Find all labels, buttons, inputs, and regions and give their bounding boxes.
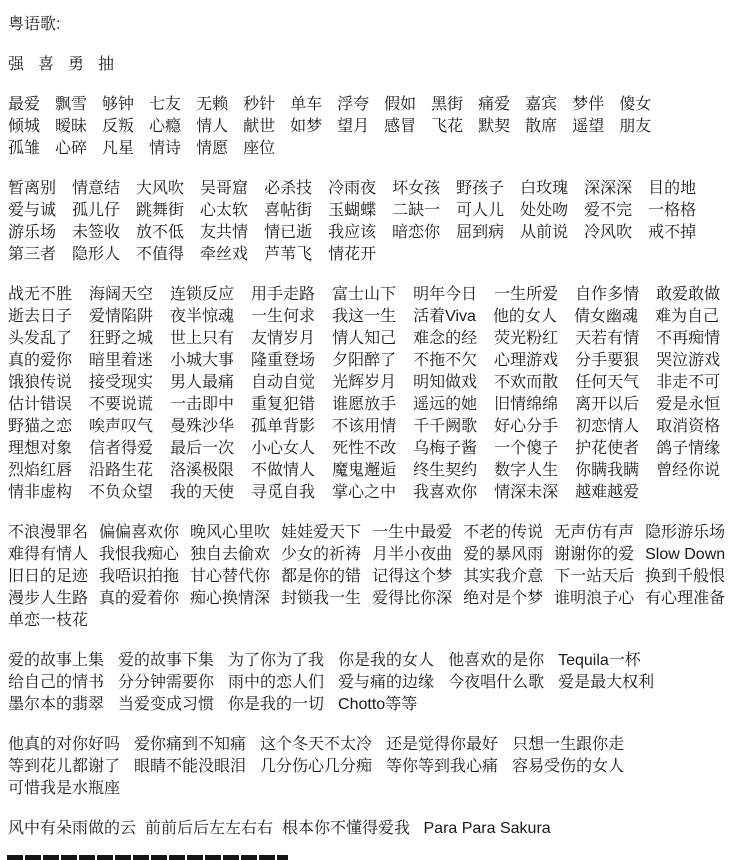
song-title: 爱你痛到不知痛: [134, 734, 246, 756]
song-title: 头发乱了: [8, 328, 72, 350]
song-group-four-char: 战无不胜海阔天空连锁反应用手走路富士山下明年今日一生所爱自作多情敢爱敢做逝去日子…: [8, 284, 735, 504]
song-line: 强喜勇抽: [8, 54, 735, 76]
song-title: 白玫瑰: [520, 178, 568, 200]
song-title: 他喜欢的是你: [448, 650, 544, 672]
song-title: 如梦: [290, 116, 322, 138]
song-title: 座位: [243, 138, 275, 160]
song-title: 喜: [38, 54, 54, 76]
song-line: 漫步人生路真的爱着你痴心换情深封锁我一生爱得比你深绝对是个梦谁明浪子心有心理准备: [8, 588, 735, 610]
song-title: 给自己的情书: [8, 672, 104, 694]
song-line: 等到花儿都谢了眼睛不能没眼泪几分伤心几分痴等你等到我心痛容易受伤的女人: [8, 756, 735, 778]
song-title: 情愿: [196, 138, 228, 160]
song-title: 月半小夜曲: [372, 544, 452, 566]
song-title: 理想对象: [8, 438, 72, 460]
song-title: 魔鬼邂逅: [332, 460, 396, 482]
song-title: 烈焰红唇: [8, 460, 72, 482]
song-title: 等你等到我心痛: [386, 756, 498, 778]
song-title: 爱与痛的边缘: [338, 672, 434, 694]
song-title: 心理游戏: [494, 350, 558, 372]
song-line: 给自己的情书分分钟需要你雨中的恋人们爱与痛的边缘今夜唱什么歌爱是最大权利: [8, 672, 735, 694]
song-title: 雨中的恋人们: [228, 672, 324, 694]
song-title: 情深未深: [494, 482, 558, 504]
song-line: 游乐场未签收放不低友共情情已逝我应该暗恋你屈到病从前说冷风吹戒不掉: [8, 222, 735, 244]
song-title: 友情岁月: [251, 328, 315, 350]
song-title: 难得有情人: [8, 544, 88, 566]
document-body: 粤语歌: 强喜勇抽最爱飘雪够钟七友无赖秒针单车浮夸假如黑街痛爱嘉宾梦伴傻女倾城暧…: [0, 0, 735, 840]
song-title: 活着Viva: [413, 306, 476, 328]
song-title: 爱的故事上集: [8, 650, 104, 672]
song-title: 容易受伤的女人: [512, 756, 624, 778]
song-title: 鸽子情缘: [656, 438, 720, 460]
song-group-five-char: 不浪漫罪名偏偏喜欢你晚风心里吹娃娃爱天下一生中最爱不老的传说无声仿有声隐形游乐场…: [8, 522, 735, 632]
song-title: 我喜欢你: [413, 482, 477, 504]
song-title: 墨尔本的翡翠: [8, 694, 104, 716]
song-title: 飞花: [431, 116, 463, 138]
song-title: 一个傻子: [494, 438, 558, 460]
song-title: 吴哥窟: [200, 178, 248, 200]
song-title: 饿狼传说: [8, 372, 72, 394]
song-title: 初恋情人: [575, 416, 639, 438]
song-title: 旧情绵绵: [494, 394, 558, 416]
song-title: 哭泣游戏: [656, 350, 720, 372]
song-title: 跳舞街: [136, 200, 184, 222]
song-title: 飘雪: [55, 94, 87, 116]
song-title: 当爱变成习惯: [118, 694, 214, 716]
song-title: 明年今日: [413, 284, 477, 306]
song-group-seven-char: 他真的对你好吗爱你痛到不知痛这个冬天不太冷还是觉得你最好只想一生跟你走等到花儿都…: [8, 734, 735, 800]
song-title: 黑街: [431, 94, 463, 116]
song-title: 一生何求: [251, 306, 315, 328]
song-line: 墨尔本的翡翠当爱变成习惯你是我的一切Chotto等等: [8, 694, 735, 716]
song-title: 隐形游乐场: [645, 522, 725, 544]
song-line: 真的爱你暗里着迷小城大事隆重登场夕阳醉了不拖不欠心理游戏分手要狠哭泣游戏: [8, 350, 735, 372]
song-title: 几分伤心几分痴: [260, 756, 372, 778]
song-group-six-char: 爱的故事上集爱的故事下集为了你为了我你是我的女人他喜欢的是你Tequila一杯给…: [8, 650, 735, 716]
song-title: 凡星: [102, 138, 134, 160]
song-title: 倾城: [8, 116, 40, 138]
song-title: 望月: [337, 116, 369, 138]
song-title: 遥望: [572, 116, 604, 138]
song-line: 烈焰红唇沿路生花洛溪极限不做情人魔鬼邂逅终生契约数字人生你瞒我瞒曾经你说: [8, 460, 735, 482]
song-title: 离开以后: [575, 394, 639, 416]
song-line: 可惜我是水瓶座: [8, 778, 735, 800]
song-title: 天若有情: [575, 328, 639, 350]
song-group-three-char: 暂离别情意结大风吹吴哥窟必杀技冷雨夜坏女孩野孩子白玫瑰深深深目的地爱与诚孤儿仔跳…: [8, 178, 735, 266]
song-title: 爱与诚: [8, 200, 56, 222]
song-title: 傻女: [619, 94, 651, 116]
song-title: 我应该: [328, 222, 376, 244]
song-title: 孤雏: [8, 138, 40, 160]
song-title: 不拖不欠: [413, 350, 477, 372]
song-line: 战无不胜海阔天空连锁反应用手走路富士山下明年今日一生所爱自作多情敢爱敢做: [8, 284, 735, 306]
song-title: 可惜我是水瓶座: [8, 778, 120, 800]
song-title: Chotto等等: [338, 694, 417, 716]
song-title: 护花使者: [575, 438, 639, 460]
song-title: 心瘾: [149, 116, 181, 138]
song-title: 暗里着迷: [89, 350, 153, 372]
song-line: 估计错误不要说谎一击即中重复犯错谁愿放手遥远的她旧情绵绵离开以后爱是永恒: [8, 394, 735, 416]
song-line: 风中有朵雨做的云前前后后左左右右根本你不懂得爱我 Para Para Sakur…: [8, 818, 735, 840]
song-group-eight-char: 风中有朵雨做的云前前后后左左右右根本你不懂得爱我 Para Para Sakur…: [8, 818, 735, 840]
song-title: 隐形人: [72, 244, 120, 266]
song-title: 痛爱: [478, 94, 510, 116]
song-title: 晚风心里吹: [190, 522, 270, 544]
song-title: 野猫之恋: [8, 416, 72, 438]
song-title: 冷风吹: [584, 222, 632, 244]
song-title: 曼殊沙华: [170, 416, 234, 438]
song-title: 信者得爱: [89, 438, 153, 460]
song-title: 单车: [290, 94, 322, 116]
song-title: 爱不完: [584, 200, 632, 222]
song-title: 记得这个梦: [372, 566, 452, 588]
song-title: 抽: [98, 54, 114, 76]
song-title: 有心理准备: [645, 588, 725, 610]
song-title: 甘心替代你: [190, 566, 270, 588]
song-title: 必杀技: [264, 178, 312, 200]
song-title: 前前后后左左右右: [145, 818, 273, 840]
song-title: 小城大事: [170, 350, 234, 372]
song-title: 好心分手: [494, 416, 558, 438]
song-title: 牵丝戏: [200, 244, 248, 266]
song-title: 朋友: [619, 116, 651, 138]
document-page: { "page": { "title": "粤语歌:", "colors": {…: [0, 0, 735, 860]
song-title: 从前说: [520, 222, 568, 244]
song-title: 夕阳醉了: [332, 350, 396, 372]
song-title: 暂离别: [8, 178, 56, 200]
song-title: 掌心之中: [332, 482, 396, 504]
song-title: 终生契约: [413, 460, 477, 482]
song-title: 秒针: [243, 94, 275, 116]
song-title: 眼睛不能没眼泪: [134, 756, 246, 778]
song-title: 一格格: [648, 200, 696, 222]
song-title: 一生中最爱: [372, 522, 452, 544]
song-title: 旧日的足迹: [8, 566, 88, 588]
song-title: 爱是永恒: [656, 394, 720, 416]
song-title: 荧光粉红: [494, 328, 558, 350]
song-title: 你是我的一切: [228, 694, 324, 716]
song-title: 狂野之城: [89, 328, 153, 350]
song-title: 接受现实: [89, 372, 153, 394]
song-title: 唉声叹气: [89, 416, 153, 438]
song-title: 漫步人生路: [8, 588, 88, 610]
song-title: 还是觉得你最好: [386, 734, 498, 756]
song-title: 数字人生: [494, 460, 558, 482]
song-line: 暂离别情意结大风吹吴哥窟必杀技冷雨夜坏女孩野孩子白玫瑰深深深目的地: [8, 178, 735, 200]
song-title: 隆重登场: [251, 350, 315, 372]
song-line: 爱的故事上集爱的故事下集为了你为了我你是我的女人他喜欢的是你Tequila一杯: [8, 650, 735, 672]
song-title: 七友: [149, 94, 181, 116]
song-title: 单恋一枝花: [8, 610, 88, 632]
song-title: 只想一生跟你走: [512, 734, 624, 756]
song-title: 勇: [68, 54, 84, 76]
song-title: 沿路生花: [89, 460, 153, 482]
song-title: 梦伴: [572, 94, 604, 116]
song-title: 用手走路: [251, 284, 315, 306]
song-title: 喜帖街: [264, 200, 312, 222]
song-title: 重复犯错: [251, 394, 315, 416]
song-title: 其实我介意: [463, 566, 543, 588]
song-title: 真的爱你: [8, 350, 72, 372]
song-title: 戒不掉: [648, 222, 696, 244]
song-title: 坏女孩: [392, 178, 440, 200]
song-title: 你瞒我瞒: [575, 460, 639, 482]
song-title: 情非虚构: [8, 482, 72, 504]
song-title: 男人最痛: [170, 372, 234, 394]
song-line: 逝去日子爱情陷阱夜半惊魂一生何求我这一生活着Viva他的女人倩女幽魂难为自己: [8, 306, 735, 328]
song-line: 头发乱了狂野之城世上只有友情岁月情人知己难念的经荧光粉红天若有情不再痴情: [8, 328, 735, 350]
song-title: 不欢而散: [494, 372, 558, 394]
song-title: 够钟: [102, 94, 134, 116]
song-line: 最爱飘雪够钟七友无赖秒针单车浮夸假如黑街痛爱嘉宾梦伴傻女: [8, 94, 735, 116]
song-title: 反叛: [102, 116, 134, 138]
song-title: 绝对是个梦: [463, 588, 543, 610]
song-title: 情诗: [149, 138, 181, 160]
song-line: 孤雏心碎凡星情诗情愿座位: [8, 138, 735, 160]
song-title: 估计错误: [8, 394, 72, 416]
song-title: 独自去偷欢: [190, 544, 270, 566]
song-groups: 强喜勇抽最爱飘雪够钟七友无赖秒针单车浮夸假如黑街痛爱嘉宾梦伴傻女倾城暧昧反叛心瘾…: [8, 54, 735, 840]
song-title: 分分钟需要你: [118, 672, 214, 694]
song-title: 最爱: [8, 94, 40, 116]
song-title: 逝去日子: [8, 306, 72, 328]
song-title: 真的爱着你: [99, 588, 179, 610]
song-title: 游乐场: [8, 222, 56, 244]
song-title: 野孩子: [456, 178, 504, 200]
song-title: 一击即中: [170, 394, 234, 416]
song-title: 谁明浪子心: [554, 588, 634, 610]
song-title: 任何天气: [575, 372, 639, 394]
song-title: 爱情陷阱: [89, 306, 153, 328]
song-title: 连锁反应: [170, 284, 234, 306]
song-title: 心碎: [55, 138, 87, 160]
song-title: 强: [8, 54, 24, 76]
song-title: 这个冬天不太冷: [260, 734, 372, 756]
song-title: 千千阙歌: [413, 416, 477, 438]
song-line: 倾城暧昧反叛心瘾情人献世如梦望月感冒飞花默契散席遥望朋友: [8, 116, 735, 138]
song-title: 不负众望: [89, 482, 153, 504]
song-title: 我唔识拍拖: [99, 566, 179, 588]
song-title: 嘉宾: [525, 94, 557, 116]
song-title: 大风吹: [136, 178, 184, 200]
song-title: 假如: [384, 94, 416, 116]
song-title: 我这一生: [332, 306, 396, 328]
cropped-next-line-strip: [7, 855, 288, 860]
song-title: 无声仿有声: [554, 522, 634, 544]
song-title: 暗恋你: [392, 222, 440, 244]
song-title: 根本你不懂得爱我: [282, 818, 410, 840]
song-title: 海阔天空: [89, 284, 153, 306]
song-line: 饿狼传说接受现实男人最痛自动自觉光辉岁月明知做戏不欢而散任何天气非走不可: [8, 372, 735, 394]
song-title: 不做情人: [251, 460, 315, 482]
song-title: 为了你为了我: [228, 650, 324, 672]
song-line: 他真的对你好吗爱你痛到不知痛这个冬天不太冷还是觉得你最好只想一生跟你走: [8, 734, 735, 756]
song-title: 富士山下: [332, 284, 396, 306]
song-title: 情已逝: [264, 222, 312, 244]
song-title: 难念的经: [413, 328, 477, 350]
song-title: 你是我的女人: [338, 650, 434, 672]
song-title: 小心女人: [251, 438, 315, 460]
song-group-two-char: 最爱飘雪够钟七友无赖秒针单车浮夸假如黑街痛爱嘉宾梦伴傻女倾城暧昧反叛心瘾情人献世…: [8, 94, 735, 160]
song-title: 可人儿: [456, 200, 504, 222]
song-title: 他真的对你好吗: [8, 734, 120, 756]
song-title: 情人: [196, 116, 228, 138]
song-title: 不浪漫罪名: [8, 522, 88, 544]
song-title: 不要说谎: [89, 394, 153, 416]
song-line: 爱与诚孤儿仔跳舞街心太软喜帖街玉蝴蝶二缺一可人儿处处吻爱不完一格格: [8, 200, 735, 222]
song-title: 情人知己: [332, 328, 396, 350]
song-title: 屈到病: [456, 222, 504, 244]
song-title: 芦苇飞: [264, 244, 312, 266]
song-title: 爱的暴风雨: [463, 544, 543, 566]
song-title: 不值得: [136, 244, 184, 266]
song-title: 倩女幽魂: [574, 306, 638, 328]
song-title: 孤单背影: [251, 416, 315, 438]
song-title: 感冒: [384, 116, 416, 138]
song-title: 一生所爱: [494, 284, 558, 306]
song-line: 情非虚构不负众望我的天使寻觅自我掌心之中我喜欢你情深未深越难越爱: [8, 482, 735, 504]
song-title: 第三者: [8, 244, 56, 266]
song-title: 娃娃爱天下: [281, 522, 361, 544]
song-title: 他的女人: [493, 306, 557, 328]
song-title: 不该用情: [332, 416, 396, 438]
song-title: 我的天使: [170, 482, 234, 504]
song-title: 放不低: [136, 222, 184, 244]
song-title: 散席: [525, 116, 557, 138]
song-title: 情意结: [72, 178, 120, 200]
song-title: 封锁我一生: [281, 588, 361, 610]
song-title: 夜半惊魂: [170, 306, 234, 328]
song-title: 献世: [243, 116, 275, 138]
song-title: 寻觅自我: [251, 482, 315, 504]
song-title: 偏偏喜欢你: [99, 522, 179, 544]
song-title: 遥远的她: [413, 394, 477, 416]
song-title: Para Para Sakura: [419, 818, 551, 840]
song-title: 爱是最大权利: [558, 672, 654, 694]
song-title: 深深深: [584, 178, 632, 200]
song-title: 等到花儿都谢了: [8, 756, 120, 778]
song-line: 单恋一枝花: [8, 610, 735, 632]
song-title: 二缺一: [392, 200, 440, 222]
song-title: 不再痴情: [656, 328, 720, 350]
song-title: 情花开: [328, 244, 376, 266]
song-title: 乌梅子酱: [413, 438, 477, 460]
song-title: 最后一次: [170, 438, 234, 460]
song-line: 不浪漫罪名偏偏喜欢你晚风心里吹娃娃爱天下一生中最爱不老的传说无声仿有声隐形游乐场: [8, 522, 735, 544]
song-title: 默契: [478, 116, 510, 138]
song-title: 非走不可: [656, 372, 720, 394]
song-title: 未签收: [72, 222, 120, 244]
song-line: 第三者隐形人不值得牵丝戏芦苇飞情花开: [8, 244, 735, 266]
song-title: 敢爱敢做: [656, 284, 720, 306]
song-title: 都是你的错: [281, 566, 361, 588]
song-title: 少女的祈祷: [281, 544, 361, 566]
song-title: 谢谢你的爱: [554, 544, 634, 566]
song-title: 光辉岁月: [332, 372, 396, 394]
song-title: 爱的故事下集: [118, 650, 214, 672]
song-title: 暧昧: [55, 116, 87, 138]
song-title: 世上只有: [170, 328, 234, 350]
song-title: 洛溪极限: [170, 460, 234, 482]
song-title: 曾经你说: [656, 460, 720, 482]
song-title: Tequila一杯: [558, 650, 641, 672]
song-title: 我恨我痴心: [99, 544, 179, 566]
song-title: 浮夸: [337, 94, 369, 116]
song-title: 目的地: [648, 178, 696, 200]
song-title: 自动自觉: [251, 372, 315, 394]
song-title: 风中有朵雨做的云: [8, 818, 136, 840]
song-title: 下一站天后: [554, 566, 634, 588]
song-title: 不老的传说: [463, 522, 543, 544]
song-line: 理想对象信者得爱最后一次小心女人死性不改乌梅子酱一个傻子护花使者鸽子情缘: [8, 438, 735, 460]
song-title: 无赖: [196, 94, 228, 116]
song-title: 自作多情: [575, 284, 639, 306]
song-title: 明知做戏: [413, 372, 477, 394]
song-group-one-char: 强喜勇抽: [8, 54, 735, 76]
song-title: 换到千般恨: [645, 566, 725, 588]
song-title: Slow Down: [645, 544, 725, 566]
song-title: 友共情: [200, 222, 248, 244]
song-title: 越难越爱: [575, 482, 639, 504]
song-line: 旧日的足迹我唔识拍拖甘心替代你都是你的错记得这个梦其实我介意下一站天后换到千般恨: [8, 566, 735, 588]
song-line: 野猫之恋唉声叹气曼殊沙华孤单背影不该用情千千阙歌好心分手初恋情人取消资格: [8, 416, 735, 438]
page-title: 粤语歌:: [8, 14, 735, 36]
song-title: 玉蝴蝶: [328, 200, 376, 222]
song-title: 今夜唱什么歌: [448, 672, 544, 694]
song-title: 孤儿仔: [72, 200, 120, 222]
song-title: 取消资格: [656, 416, 720, 438]
song-title: 战无不胜: [8, 284, 72, 306]
song-title: 冷雨夜: [328, 178, 376, 200]
song-title: 难为自己: [655, 306, 719, 328]
song-title: 处处吻: [520, 200, 568, 222]
song-title: 谁愿放手: [332, 394, 396, 416]
song-title: 分手要狠: [575, 350, 639, 372]
song-title: 心太软: [200, 200, 248, 222]
song-title: 爱得比你深: [372, 588, 452, 610]
song-title: 死性不改: [332, 438, 396, 460]
song-title: 痴心换情深: [190, 588, 270, 610]
song-line: 难得有情人我恨我痴心独自去偷欢少女的祈祷月半小夜曲爱的暴风雨谢谢你的爱Slow …: [8, 544, 735, 566]
